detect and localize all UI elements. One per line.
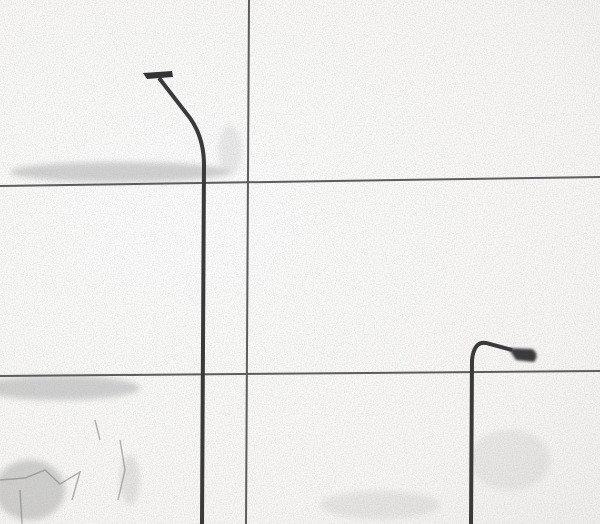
- grain: [0, 0, 600, 524]
- photo-canvas: [0, 0, 600, 524]
- photo: [0, 0, 600, 524]
